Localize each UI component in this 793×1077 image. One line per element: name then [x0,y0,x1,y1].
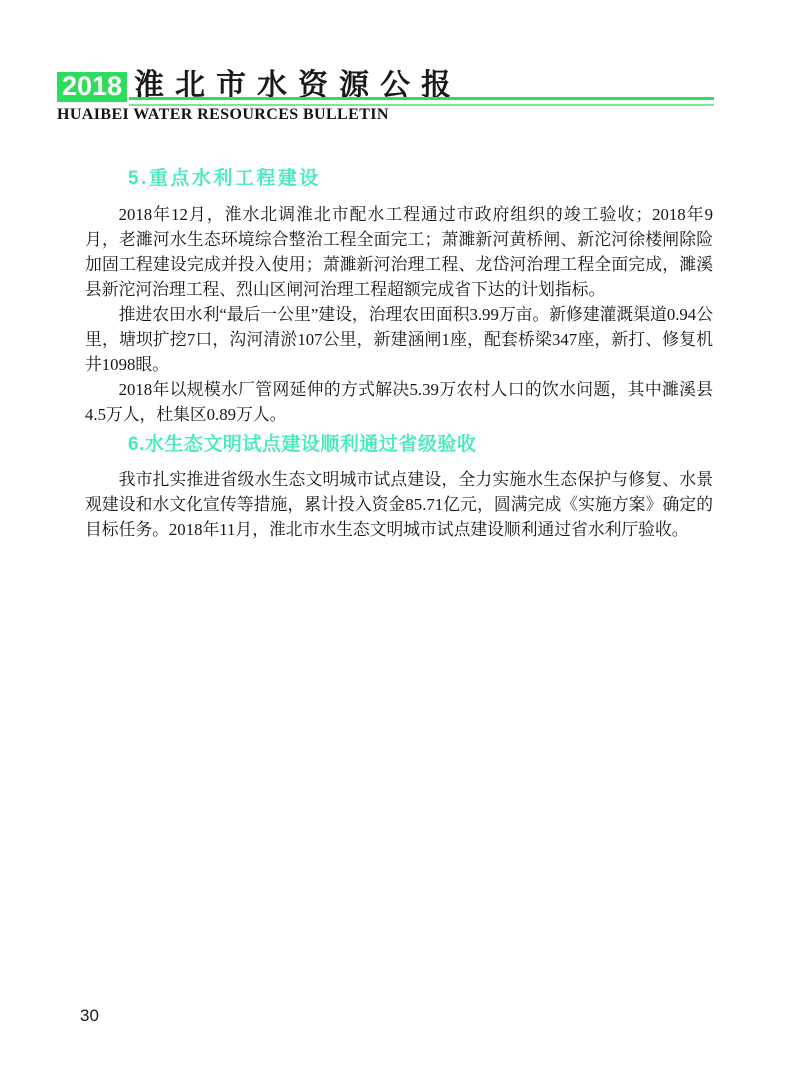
paragraph-project-completion: 2018年12月，淮水北调淮北市配水工程通过市政府组织的竣工验收；2018年9月… [85,202,713,302]
bulletin-subtitle-english: HUAIBEI WATER RESOURCES BULLETIN [57,105,389,125]
page-number: 30 [80,1006,99,1026]
section-heading-6-eco-civilization-pilot: 6.水生态文明试点建设顺利通过省级验收 [128,433,476,457]
year-badge: 2018 [57,72,127,102]
paragraph-rural-drinking-water: 2018年以规模水厂管网延伸的方式解决5.39万农村人口的饮水问题，其中濉溪县4… [85,377,713,427]
header-rule-thick [129,97,714,100]
paragraph-eco-civilization-acceptance: 我市扎实推进省级水生态文明城市试点建设，全力实施水生态保护与修复、水景观建设和水… [85,467,713,542]
section-heading-5-key-water-projects: 5.重点水利工程建设 [128,167,321,191]
paragraph-farmland-irrigation: 推进农田水利“最后一公里”建设，治理农田面积3.99万亩。新修建灌溉渠道0.94… [85,302,713,377]
year-badge-text: 2018 [62,71,122,101]
